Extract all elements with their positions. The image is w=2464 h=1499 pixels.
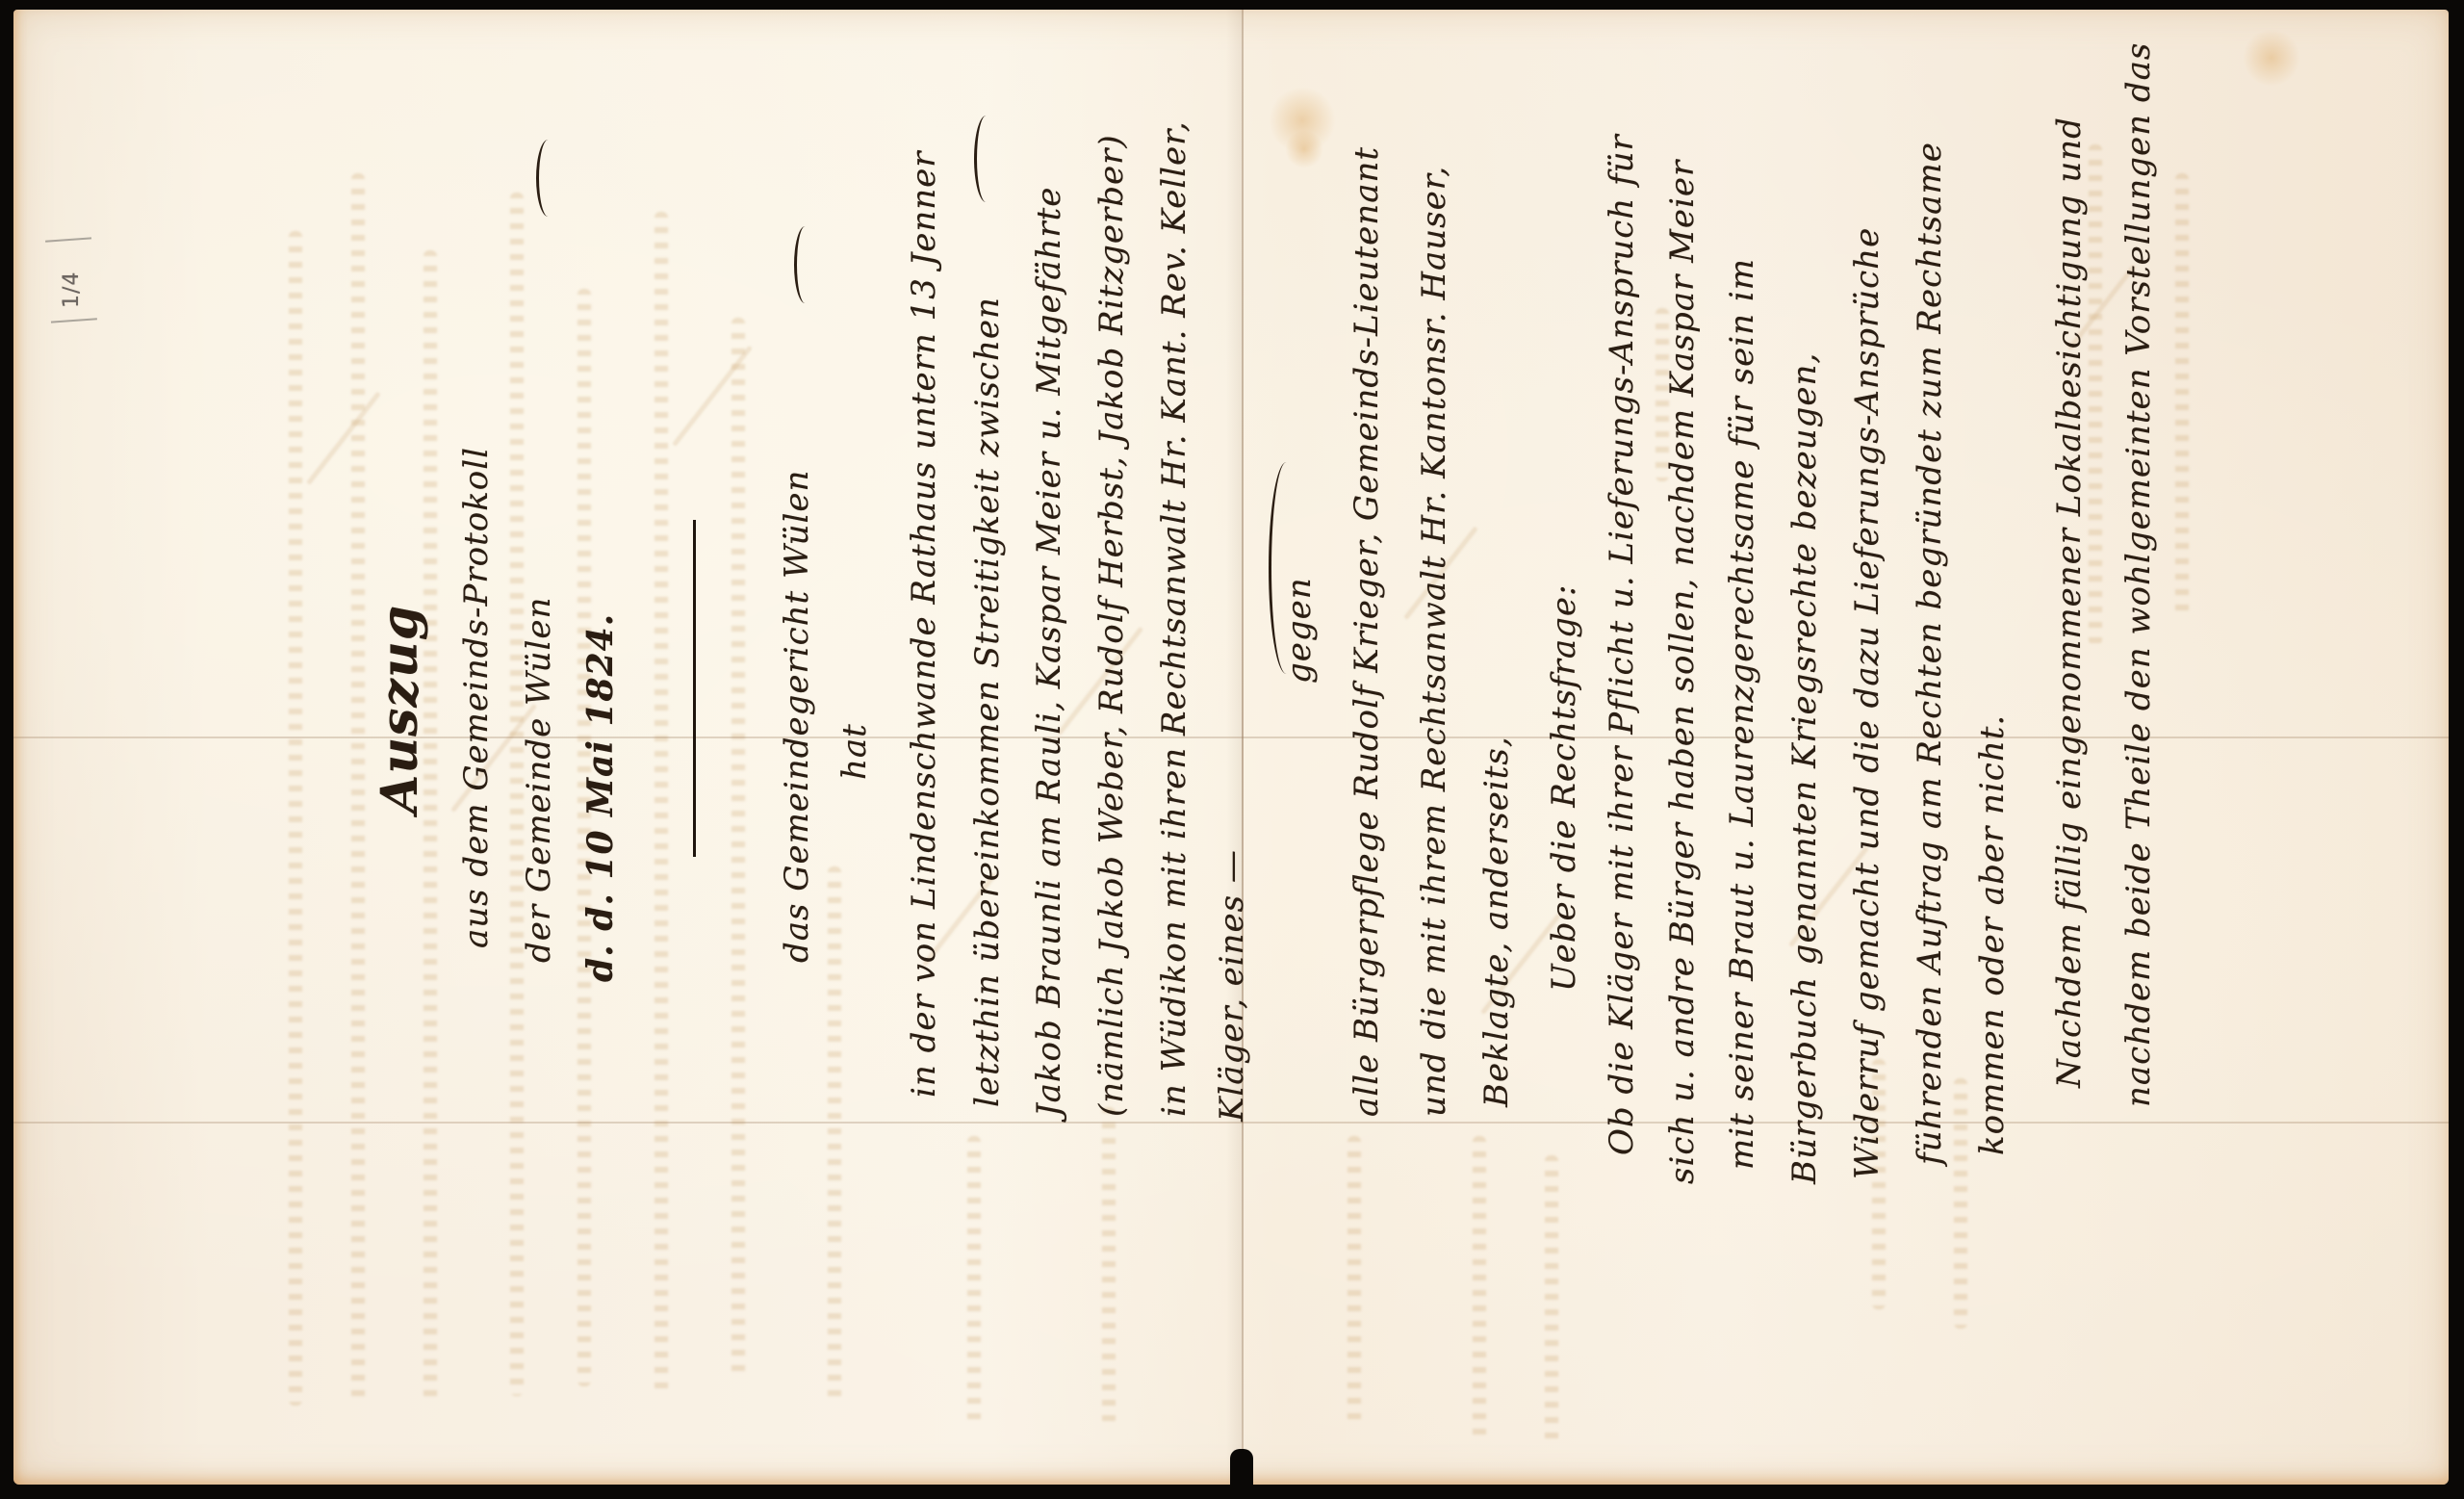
flourish-stroke [794, 226, 816, 303]
body-line: Jakob Braunli am Rauli, Kaspar Meier u. … [1030, 187, 1068, 1117]
flourish-stroke [1269, 462, 1304, 674]
body-line: Widerruf gemacht und die dazu Lieferungs… [1848, 227, 1886, 1179]
bleed-through-mark [1545, 1155, 1558, 1444]
heading-line-2: der Gemeinde Wülen [520, 597, 558, 963]
bleed-through-mark [2089, 144, 2102, 645]
page-edge-notch [1230, 1449, 1253, 1487]
bleed-through-mark [1473, 1136, 1486, 1444]
center-fold [1242, 10, 1244, 1485]
body-line: nachdem beide Theile den wohlgemeinten V… [2119, 42, 2158, 1107]
body-line: mit seiner Braut u. Laurenzgerechtsame f… [1723, 258, 1761, 1170]
bleed-through-mark [2175, 173, 2189, 616]
body-line: Ueber die Rechtsfrage: [1545, 583, 1583, 992]
bleed-through-mark [731, 318, 745, 1377]
body-line: Ob die Kläger mit ihrer Pflicht u. Liefe… [1603, 134, 1641, 1155]
bleed-through-mark [1954, 1078, 1967, 1329]
bleed-through-mark [351, 173, 365, 1406]
body-line: das Gemeindegericht Wülen [778, 470, 816, 963]
archive-mark: 1/4 [60, 271, 84, 308]
water-stain [1285, 130, 1323, 168]
body-line: Kläger, eines — [1213, 849, 1251, 1122]
body-line: Beklagte, anderseits, [1477, 736, 1516, 1107]
bleed-through-mark [423, 250, 437, 1406]
water-stain [2243, 29, 2300, 87]
bleed-through-mark [1347, 1136, 1361, 1425]
bleed-through-mark [289, 231, 302, 1406]
body-line: letzthin übereinkommen Streitigkeit zwis… [968, 297, 1007, 1107]
body-line: und die mit ihrem Rechtsanwalt Hr. Kanto… [1415, 166, 1453, 1117]
body-line: sich u. andre Bürger haben sollen, nachd… [1663, 160, 1702, 1184]
body-line: kommen oder aber nicht. [1973, 714, 2012, 1155]
bleed-through-mark [1102, 1107, 1116, 1425]
flourish-stroke [536, 140, 560, 217]
body-line: Nachdem fällig eingenommener Lokalbesich… [2050, 116, 2089, 1088]
scanned-document: 1/4 Auszug aus dem Gemeinds-Protokoll de… [0, 0, 2464, 1499]
body-line: führenden Auftrag am Rechten begründet z… [1911, 142, 1949, 1165]
document-title: Auszug [371, 605, 429, 814]
body-line: Bürgerbuch genannten Kriegsrechte bezeug… [1785, 352, 1824, 1184]
heading-line-1: aus dem Gemeinds-Protokoll [457, 447, 496, 948]
separator-rule [693, 520, 696, 857]
flourish-stroke [974, 116, 998, 202]
bleed-through-mark [654, 212, 668, 1396]
heading-date: d. d. 10 Mai 1824. [580, 613, 621, 982]
horizontal-fold [13, 1122, 2449, 1124]
body-line: hat [835, 723, 874, 780]
body-line: alle Bürgerpflege Rudolf Krieger, Gemein… [1347, 146, 1386, 1117]
bleed-through-mark [828, 866, 841, 1406]
body-line: (nämlich Jakob Weber, Rudolf Herbst, Jak… [1092, 134, 1131, 1117]
body-line: in der von Lindenschwande Rathaus untern… [905, 150, 943, 1098]
bleed-through-mark [967, 1136, 981, 1425]
body-line: in Wüdikon mit ihren Rechtsanwalt Hr. Ka… [1155, 121, 1193, 1118]
